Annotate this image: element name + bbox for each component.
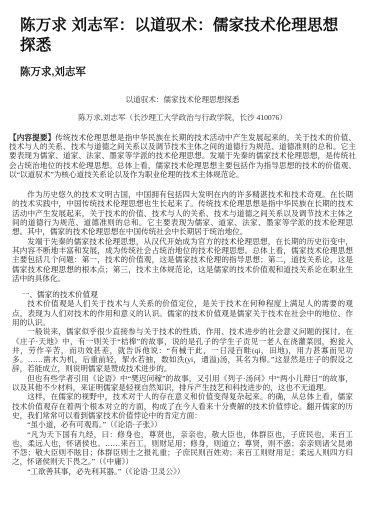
page-title: 陈万求 刘志军：以道驭术：儒家技术伦理思想探悉 — [20, 16, 345, 56]
paragraph: 技术价值观是人们关于技术与人关系的价值定位，是关于技术在何种程度上满足人的需要的… — [12, 299, 353, 327]
paragraph: “凡为天下国有九经，曰：修身也，尊贤也，亲亲也，敬大臣也，体群臣也，子庶民也，来… — [12, 430, 353, 467]
page-content: 陈万求 刘志军：以道驭术：儒家技术伦理思想探悉 陈万求,刘志军 以道驭术：儒家技… — [0, 0, 365, 476]
paragraph: “工欲善其事，必先利其器。”（《论语·卫灵公》） — [12, 467, 353, 476]
abstract-text: 传统技术伦理思想是指中华民族在长期的技术活动中产生发展起来的，关于技术的价值、技… — [9, 133, 356, 179]
paragraph: 但也有些学者引用《论语》中“樊迟问稼”的故事，又引用《列子·汤问》中“两小儿辩日… — [12, 374, 353, 393]
abstract: 【内容提要】传统技术伦理思想是指中华民族在长期的技术活动中产生发展起来的，关于技… — [9, 133, 356, 179]
paragraph: 这样，在儒家的视野中，技术对于人的存在意义和价值变得复杂起来。的确，从总体上看，… — [12, 392, 353, 420]
authors-affiliation: 陈万求,刘志军（长沙理工大学政治与行政学院，长沙 410076） — [12, 112, 353, 123]
paragraph: 作为历史悠久的技术文明古国，中国拥有包括四大发明在内的许多精湛技术和技术奇观。在… — [12, 190, 353, 236]
section-heading: 一、儒家的技术价值观 — [12, 290, 353, 299]
document-page: 陈万求 刘志军：以道驭术：儒家技术伦理思想探悉 陈万求,刘志军 以道驭术：儒家技… — [0, 0, 365, 516]
article-title: 以道驭术：儒家技术伦理思想探悉 — [12, 94, 353, 105]
article-body: 作为历史悠久的技术文明古国，中国拥有包括四大发明在内的许多精湛技术和技术奇观。在… — [12, 190, 353, 476]
paragraph: 发端于先秦的儒家技术伦理思想，从汉代开始成为官方的技术伦理思想，在长期的历史衍变… — [12, 237, 353, 283]
paragraph: “虽小道，必有可观焉。”（《论语·子张》） — [12, 420, 353, 429]
byline: 陈万求,刘志军 — [20, 64, 345, 79]
abstract-label: 【内容提要】 — [9, 133, 55, 142]
paragraph: 一般说来，儒家似乎很少直接参与关于技术的性质、作用、技术进步的社会意义问题的探讨… — [12, 327, 353, 373]
